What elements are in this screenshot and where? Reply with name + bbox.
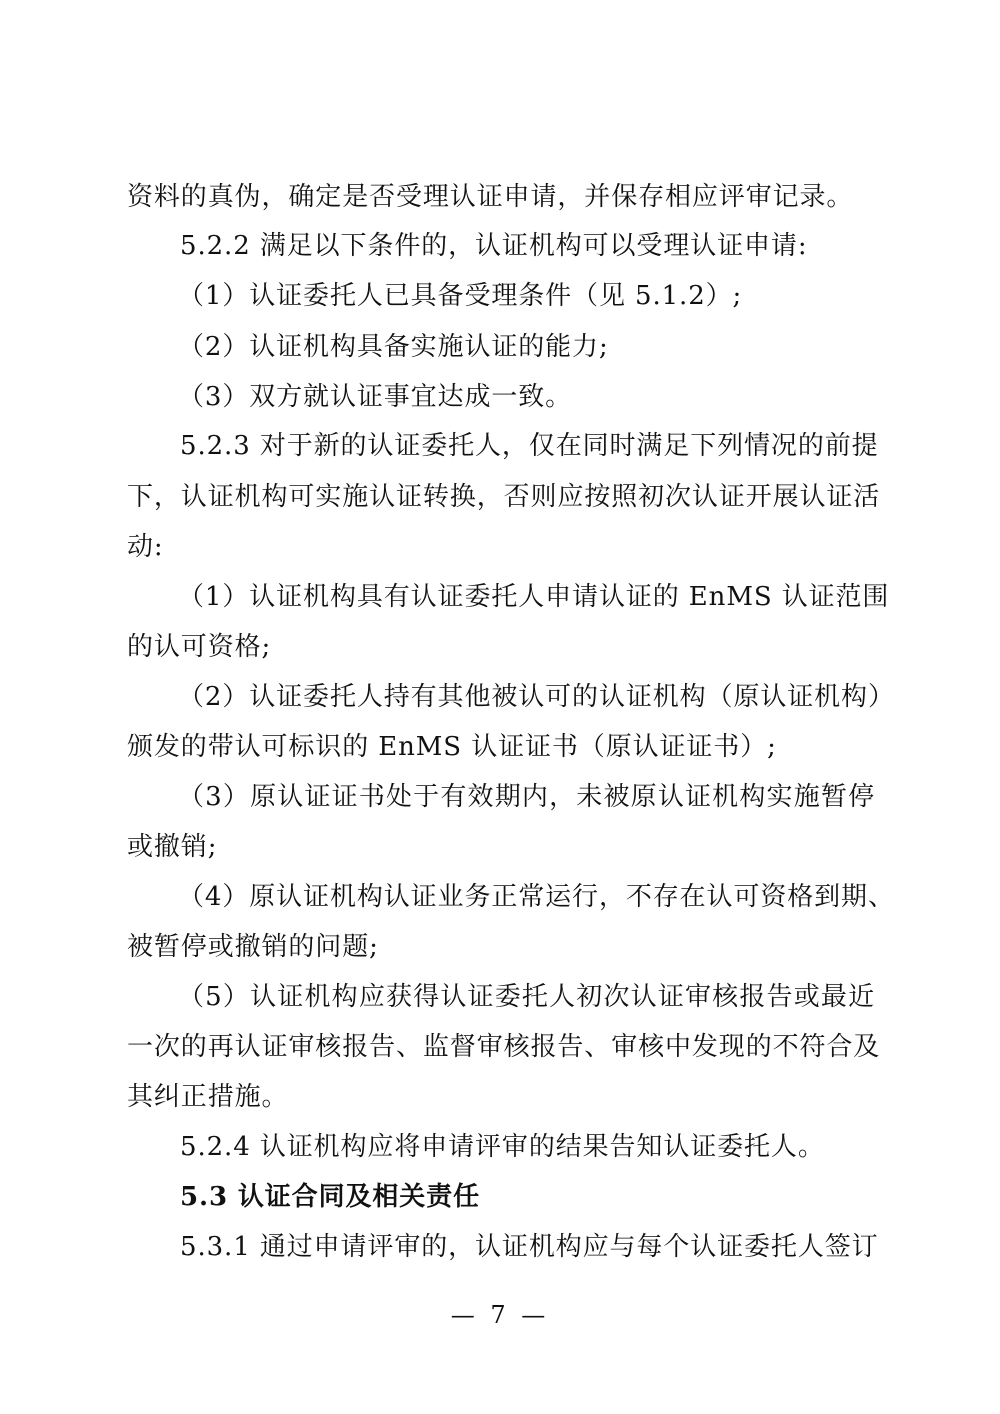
paragraph-line: 的认可资格; — [127, 630, 875, 664]
clause-5-2-2: 5.2.2 满足以下条件的，认证机构可以受理认证申请: — [180, 229, 875, 263]
list-item-1: （1）认证委托人已具备受理条件（见 5.1.2）; — [178, 279, 875, 313]
transfer-condition-2: （2）认证委托人持有其他被认可的认证机构（原认证机构） — [178, 680, 875, 714]
paragraph-line: 资料的真伪，确定是否受理认证申请，并保存相应评审记录。 — [127, 180, 875, 214]
page-number: — 7 — — [0, 1300, 1000, 1330]
paragraph-line: 被暂停或撤销的问题; — [127, 930, 875, 964]
paragraph-line: 动: — [127, 530, 875, 564]
transfer-condition-4: （4）原认证机构认证业务正常运行，不存在认可资格到期、 — [178, 880, 875, 914]
transfer-condition-5: （5）认证机构应获得认证委托人初次认证审核报告或最近 — [178, 980, 875, 1014]
document-page: 资料的真伪，确定是否受理认证申请，并保存相应评审记录。 5.2.2 满足以下条件… — [0, 0, 1000, 1414]
transfer-condition-3: （3）原认证证书处于有效期内，未被原认证机构实施暂停 — [178, 780, 875, 814]
clause-5-3-1: 5.3.1 通过申请评审的，认证机构应与每个认证委托人签订 — [180, 1230, 875, 1264]
list-item-3: （3）双方就认证事宜达成一致。 — [178, 380, 875, 414]
paragraph-line: 颁发的带认可标识的 EnMS 认证证书（原认证证书）; — [127, 730, 875, 764]
clause-5-2-4: 5.2.4 认证机构应将申请评审的结果告知认证委托人。 — [180, 1130, 875, 1164]
list-item-2: （2）认证机构具备实施认证的能力; — [178, 330, 875, 364]
paragraph-line: 其纠正措施。 — [127, 1080, 875, 1114]
paragraph-line: 或撤销; — [127, 830, 875, 864]
paragraph-line: 一次的再认证审核报告、监督审核报告、审核中发现的不符合及 — [127, 1030, 875, 1064]
paragraph-line: 下，认证机构可实施认证转换，否则应按照初次认证开展认证活 — [127, 480, 875, 514]
clause-5-2-3: 5.2.3 对于新的认证委托人，仅在同时满足下列情况的前提 — [180, 429, 875, 463]
transfer-condition-1: （1）认证机构具有认证委托人申请认证的 EnMS 认证范围 — [178, 580, 875, 614]
section-heading-5-3: 5.3 认证合同及相关责任 — [180, 1180, 875, 1214]
